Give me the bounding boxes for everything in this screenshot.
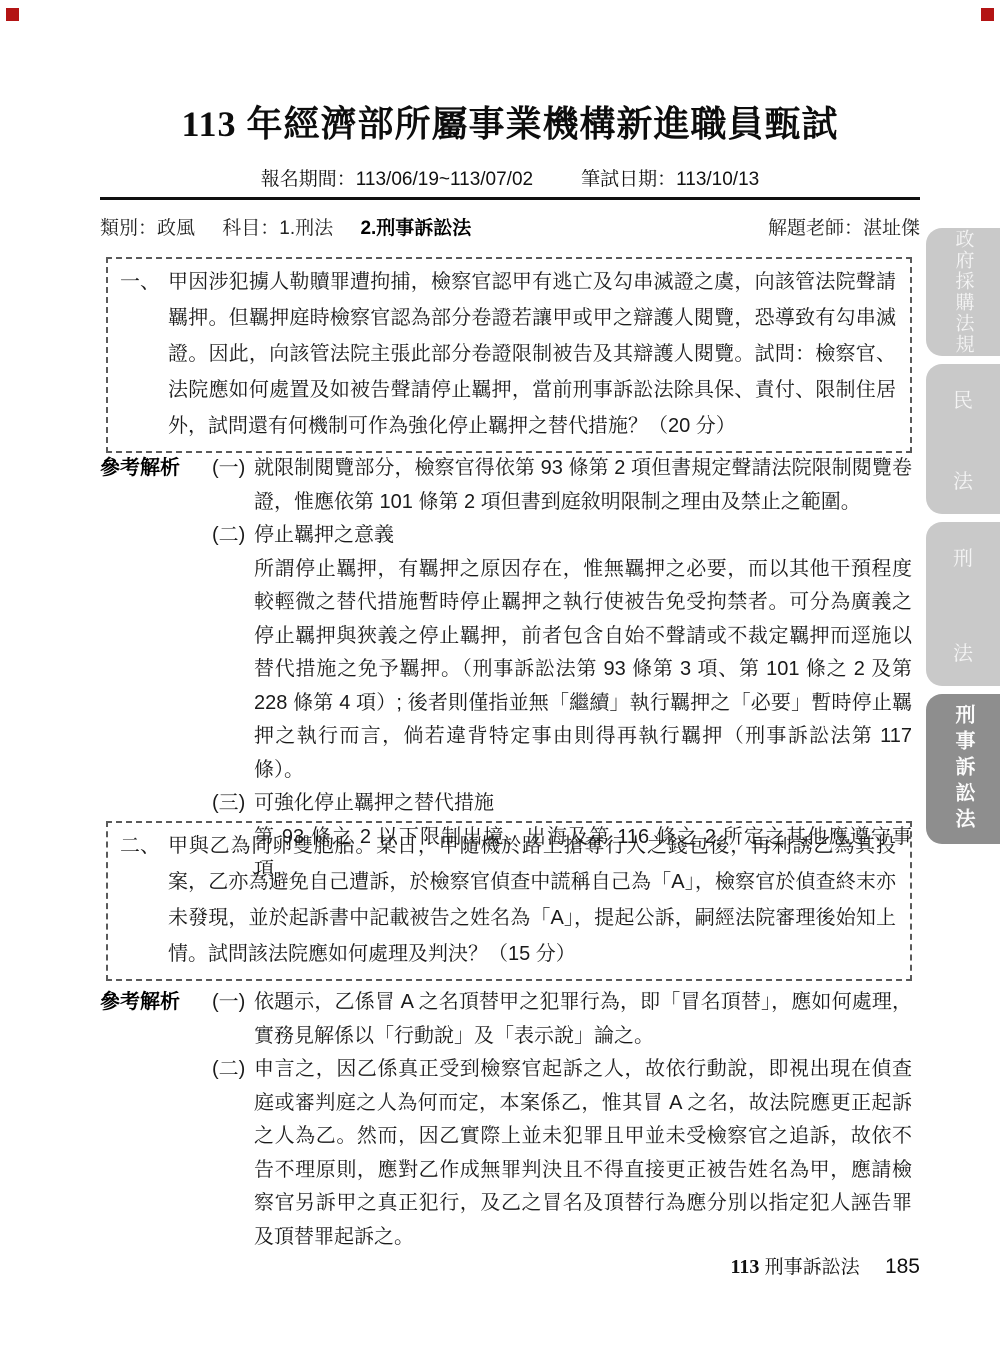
category-label: 類別：政風	[100, 218, 195, 239]
category-subject: 類別：政風 科目：1.刑法 2.刑事訴訟法	[100, 213, 471, 240]
footer-year: 113	[730, 1256, 759, 1278]
answer-2-item-2: (二) 申言之，因乙係真正受到檢察官起訴之人，故依行動說，即視出現在偵查庭或審判…	[212, 1053, 912, 1254]
tab-label: 刑事訴訟法	[953, 704, 973, 834]
question-1-number: 一、	[120, 264, 168, 444]
answer-1-item-2: (二) 停止羈押之意義 所謂停止羈押，有羈押之原因存在，惟無羈押之必要，而以其他…	[212, 519, 912, 787]
page-footer: 113 刑事訴訟法 185	[100, 1252, 920, 1279]
footer-subject: 刑事訴訟法	[765, 1257, 860, 1278]
item-text: 依題示，乙係冒 A 之名頂替甲之犯罪行為，即「冒名頂替」，應如何處理，實務見解係…	[254, 991, 912, 1047]
question-2-box: 二、 甲與乙為同卵雙胞胎。某日，甲隨機於路上搶奪行人之錢包後，再利誘乙為其投案，…	[106, 821, 912, 981]
question-1-box: 一、 甲因涉犯擄人勒贖罪遭拘捕，檢察官認甲有逃亡及勾串滅證之虞，向該管法院聲請羈…	[106, 257, 912, 453]
question-2-text: 甲與乙為同卵雙胞胎。某日，甲隨機於路上搶奪行人之錢包後，再利誘乙為其投案，乙亦為…	[168, 828, 896, 972]
item-marker: (二)	[212, 1053, 245, 1087]
scanned-book-page: { "header": { "title": "113 年經濟部所屬事業機構新進…	[0, 0, 1000, 1353]
item-text: 停止羈押之意義	[254, 524, 394, 546]
answer-2-items: (一) 依題示，乙係冒 A 之名頂替甲之犯罪行為，即「冒名頂替」，應如何處理，實…	[212, 986, 912, 1254]
item-text: 就限制閱覽部分，檢察官得依第 93 條第 2 項但書規定聲請法院限制閱覽卷證，惟…	[254, 457, 912, 513]
question-1-text: 甲因涉犯擄人勒贖罪遭拘捕，檢察官認甲有逃亡及勾串滅證之虞，向該管法院聲請羈押。但…	[168, 264, 896, 444]
answer-2-label: 參考解析	[100, 986, 212, 1254]
item-text: 申言之，因乙係真正受到檢察官起訴之人，故依行動說，即視出現在偵查庭或審判庭之人為…	[254, 1058, 912, 1248]
sidebar-tab-government-procurement[interactable]: 政府採購法規	[926, 228, 1000, 356]
answer-1-item-1: (一) 就限制閱覽部分，檢察官得依第 93 條第 2 項但書規定聲請法院限制閱覽…	[212, 452, 912, 519]
question-2-number: 二、	[120, 828, 168, 972]
registration-period: 報名期間：113/06/19~113/07/02	[261, 164, 533, 191]
print-registration-mark-left	[6, 8, 19, 21]
footer-page-number: 185	[885, 1255, 920, 1278]
item-marker: (一)	[212, 986, 245, 1020]
tab-label: 刑 法	[953, 522, 973, 686]
item-marker: (一)	[212, 452, 245, 486]
subject-label: 科目：1.刑法	[222, 218, 333, 239]
answer-2-item-1: (一) 依題示，乙係冒 A 之名頂替甲之犯罪行為，即「冒名頂替」，應如何處理，實…	[212, 986, 912, 1053]
written-exam-date: 筆試日期：113/10/13	[581, 164, 759, 191]
item-marker: (二)	[212, 519, 245, 553]
header-divider	[100, 197, 920, 200]
sidebar-tab-criminal-procedure-law[interactable]: 刑事訴訟法	[926, 694, 1000, 844]
sidebar-tab-civil-law[interactable]: 民 法	[926, 364, 1000, 514]
answer-2-section: 參考解析 (一) 依題示，乙係冒 A 之名頂替甲之犯罪行為，即「冒名頂替」，應如…	[100, 986, 912, 1254]
item-subtext: 所謂停止羈押，有羈押之原因存在，惟無羈押之必要，而以其他干預程度較輕微之替代措施…	[254, 553, 912, 788]
teacher-label: 解題老師：湛址傑	[768, 213, 920, 240]
subject-label-bold: 2.刑事訴訟法	[360, 218, 471, 239]
print-registration-mark-right	[981, 8, 994, 21]
item-text: 可強化停止羈押之替代措施	[254, 792, 494, 814]
sidebar-tab-criminal-law[interactable]: 刑 法	[926, 522, 1000, 686]
meta-row: 類別：政風 科目：1.刑法 2.刑事訴訟法 解題老師：湛址傑	[100, 213, 920, 240]
item-marker: (三)	[212, 787, 245, 821]
tab-label: 政府採購法規	[954, 229, 973, 355]
exam-dates-row: 報名期間：113/06/19~113/07/02 筆試日期：113/10/13	[100, 164, 920, 191]
page-title: 113 年經濟部所屬事業機構新進職員甄試	[90, 100, 930, 149]
tab-label: 民 法	[953, 364, 973, 514]
